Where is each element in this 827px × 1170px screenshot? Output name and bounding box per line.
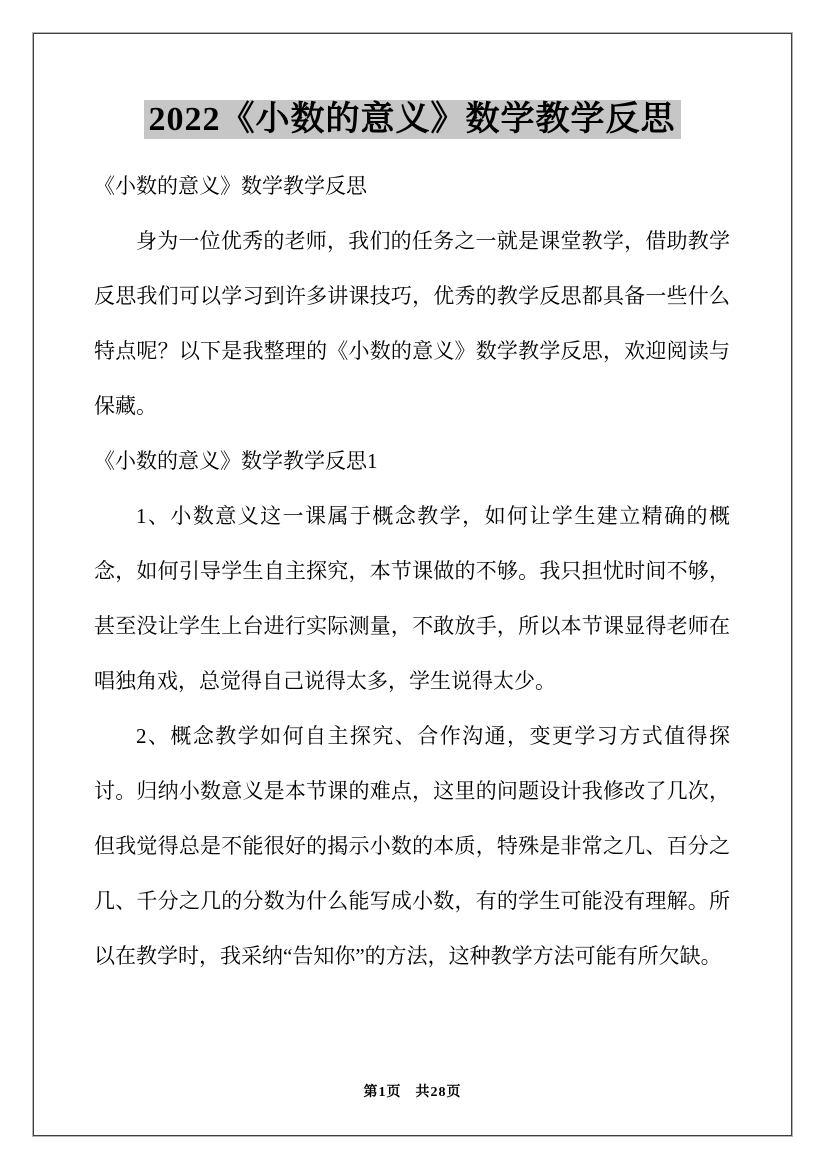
intro-paragraph: 身为一位优秀的老师，我们的任务之一就是课堂教学，借助教学反思我们可以学习到许多讲…	[94, 214, 730, 434]
document-content: 2022《小数的意义》数学教学反思 《小数的意义》数学教学反思 身为一位优秀的老…	[94, 34, 730, 984]
document-title-text: 2022《小数的意义》数学教学反思	[144, 100, 681, 139]
section-1-paragraph-1: 1、小数意义这一课属于概念教学，如何让学生建立精确的概念，如何引导学生自主探究，…	[94, 489, 730, 709]
document-title: 2022《小数的意义》数学教学反思	[94, 98, 730, 142]
page-border-frame: 2022《小数的意义》数学教学反思 《小数的意义》数学教学反思 身为一位优秀的老…	[33, 33, 792, 1136]
section-1-paragraph-2: 2、概念教学如何自主探究、合作沟通，变更学习方式值得探讨。归纳小数意义是本节课的…	[94, 709, 730, 984]
section-1-heading: 《小数的意义》数学教学反思1	[94, 434, 730, 489]
total-pages-label: 共28页	[416, 1085, 462, 1100]
document-body: 《小数的意义》数学教学反思 身为一位优秀的老师，我们的任务之一就是课堂教学，借助…	[94, 159, 730, 984]
document-page: 2022《小数的意义》数学教学反思 《小数的意义》数学教学反思 身为一位优秀的老…	[0, 0, 827, 1170]
page-number-label: 第1页	[364, 1085, 402, 1100]
page-footer: 第1页共28页	[34, 1081, 791, 1101]
document-subtitle: 《小数的意义》数学教学反思	[94, 159, 730, 214]
